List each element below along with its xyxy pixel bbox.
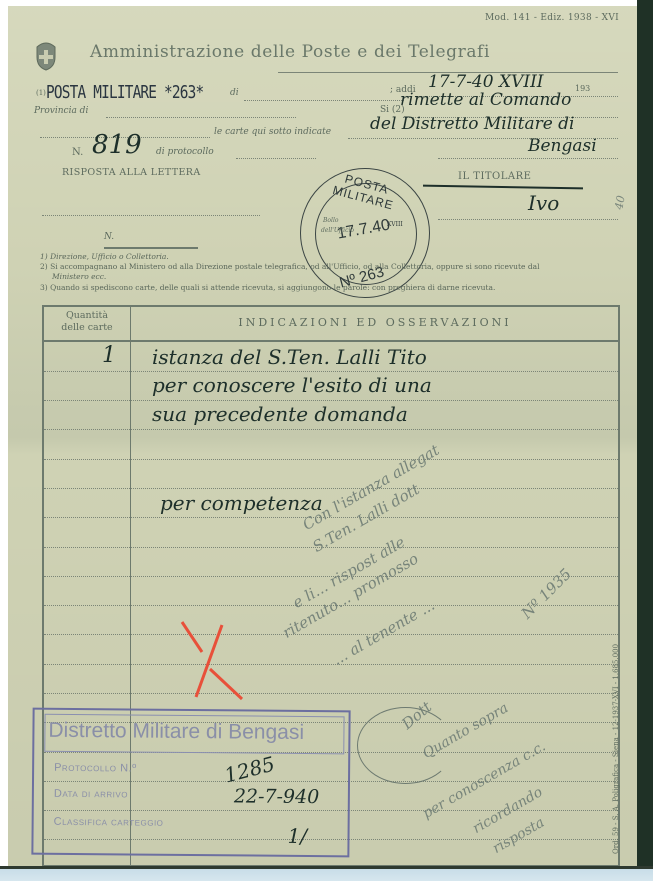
qty-header-line-2: delle carte: [44, 322, 130, 334]
arrival-date-label: Data di arrivo: [54, 788, 128, 801]
postmark-stamp: POSTA MILITARE 17.7.40 XVIII Bollo dell'…: [300, 168, 430, 298]
pencil-note-6: Nº 1935: [518, 565, 575, 622]
red-x-mark: [174, 617, 254, 707]
note-marker-1: (1): [36, 89, 46, 97]
footnote-2-cont: Ministero ecc.: [52, 272, 106, 282]
row-2-text: per conoscere l'esito di una: [152, 373, 432, 397]
form-title: Amministrazione delle Poste e dei Telegr…: [90, 42, 490, 62]
footnote-2: 2) Si accompagnano al Ministero od alla …: [40, 262, 540, 272]
classification-value: 1/: [287, 824, 307, 848]
qty-header: Quantità delle carte: [44, 310, 130, 334]
margin-number: 40: [612, 194, 627, 210]
footnote-1: 1) Direzione, Ufficio o Collettoria.: [40, 252, 169, 262]
postmark-label-1: Bollo: [323, 217, 338, 224]
protocol-label: di protocollo: [156, 147, 214, 157]
arrival-date-value: 22-7-940: [234, 785, 320, 808]
footnote-3: 3) Quando si spediscono carte, delle qua…: [40, 283, 495, 293]
protocol-value: 1285: [222, 752, 277, 788]
signature: Ivo: [528, 191, 559, 215]
titolare-label: IL TITOLARE: [458, 171, 531, 182]
binding-edge: [637, 0, 653, 881]
postmark-label-2: dell'Ufficio: [321, 227, 354, 234]
carte-label: le carte qui sotto indicate: [214, 127, 331, 137]
model-number: Mod. 141 - Ediz. 1938 - XVI: [485, 13, 619, 23]
postmark-roman: XVIII: [387, 221, 403, 228]
row-1-qty: 1: [102, 343, 116, 368]
printer-imprint-text: Ord. 59 - S. A. Poligrafica - Siena - 12…: [612, 644, 620, 854]
carte-handwritten-2: Bengasi: [528, 136, 597, 156]
carte-handwritten-1: del Distretto Militare di: [370, 114, 575, 134]
reply-label: RISPOSTA ALLA LETTERA: [62, 167, 201, 178]
reply-n-label: N.: [104, 232, 114, 242]
date-handwritten: 17-7-40 XVIII: [428, 72, 544, 92]
posta-militare-stamp: POSTA MILITARE *263*: [46, 82, 203, 103]
protocol-label: Protocollo N.º: [54, 762, 137, 775]
protocol-prefix: N.: [72, 147, 83, 158]
printer-imprint: Ord. 59 - S. A. Poligrafica - Siena - 12…: [608, 576, 628, 856]
classification-label: Classifica carteggio: [54, 816, 164, 829]
form-sheet: Mod. 141 - Ediz. 1938 - XVI Amministrazi…: [8, 6, 637, 869]
receipt-stamp-title: Distretto Militare di Bengasi: [48, 719, 304, 745]
si-handwritten: rimette al Comando: [400, 90, 571, 110]
savoy-crest-icon: [34, 41, 58, 71]
receipt-stamp: Distretto Militare di Bengasi Protocollo…: [31, 708, 350, 858]
row-3-text: sua precedente domanda: [152, 402, 408, 426]
qty-header-line-1: Quantità: [44, 310, 130, 322]
scan-bottom-edge: [0, 866, 653, 881]
row-1-text: istanza del S.Ten. Lalli Tito: [152, 345, 427, 369]
handwritten-note: per competenza: [160, 491, 323, 515]
pencil-loop-mark: [357, 707, 454, 784]
di-label: di: [230, 88, 239, 98]
year-prefix: 193: [575, 84, 590, 93]
provincia-label: Provincia di: [34, 106, 88, 116]
protocol-number: 819: [92, 130, 142, 160]
indicazioni-header: INDICAZIONI ED OSSERVAZIONI: [132, 316, 618, 329]
